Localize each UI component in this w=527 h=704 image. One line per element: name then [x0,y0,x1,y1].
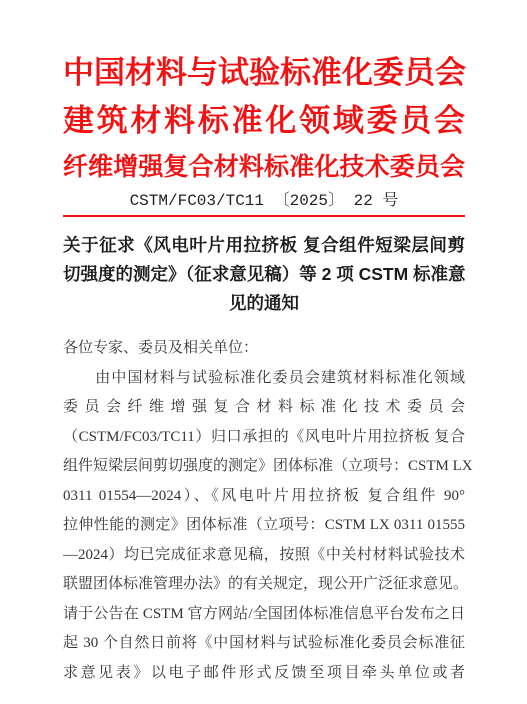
body-paragraph: 由中国材料与试验标准化委员会建筑材料标准化领域 委员会纤维增强复合材料标准化技术… [63,364,465,689]
document-page: 中国材料与试验标准化委员会 建筑材料标准化领域委员会 纤维增强复合材料标准化技术… [0,0,527,704]
body-line: 请于公告在 CSTM 官方网站/全国团体标准信息平台发布之日 [63,600,465,630]
body-line: （CSTM/FC03/TC11）归口承担的《风电叶片用拉挤板 复合 [63,423,465,453]
body-line: 委员会纤维增强复合材料标准化技术委员会 [63,393,465,423]
letterhead-line-2: 建筑材料标准化领域委员会 [63,97,465,145]
body-line: —2024）均已完成征求意见稿，按照《中关村材料试验技术 [63,541,465,571]
body-line: 0311 01554—2024）、《风电叶片用拉挤板 复合组件 90° [63,482,465,512]
red-divider-rule [63,215,465,217]
notice-title-line-2: 切强度的测定》（征求意见稿）等 2 项 CSTM 标准意 [63,260,465,289]
notice-title-line-3: 见的通知 [63,289,465,318]
document-number: CSTM/FC03/TC11 〔2025〕 22 号 [63,189,465,213]
body-line: 求意见表》以电子邮件形式反馈至项目牵头单位或者 [63,659,465,689]
body-line: 组件短梁层间剪切强度的测定》团体标准（立项号：CSTM LX [63,452,465,482]
body-line: 起 30 个自然日前将《中国材料与试验标准化委员会标准征 [63,629,465,659]
body-line: 拉伸性能的测定》团体标准（立项号：CSTM LX 0311 01555 [63,511,465,541]
notice-title: 关于征求《风电叶片用拉挤板 复合组件短梁层间剪 切强度的测定》（征求意见稿）等 … [63,231,465,318]
body-line: 联盟团体标准管理办法》的有关规定，现公开广泛征求意见。 [63,570,465,600]
letterhead-line-3: 纤维增强复合材料标准化技术委员会 [63,145,465,189]
body-line: 由中国材料与试验标准化委员会建筑材料标准化领域 [63,364,465,394]
document-content: 中国材料与试验标准化委员会 建筑材料标准化领域委员会 纤维增强复合材料标准化技术… [63,0,465,688]
letterhead: 中国材料与试验标准化委员会 建筑材料标准化领域委员会 纤维增强复合材料标准化技术… [63,0,465,189]
salutation: 各位专家、委员及相关单位： [63,334,465,364]
letterhead-line-1: 中国材料与试验标准化委员会 [63,49,465,97]
notice-title-line-1: 关于征求《风电叶片用拉挤板 复合组件短梁层间剪 [63,231,465,260]
